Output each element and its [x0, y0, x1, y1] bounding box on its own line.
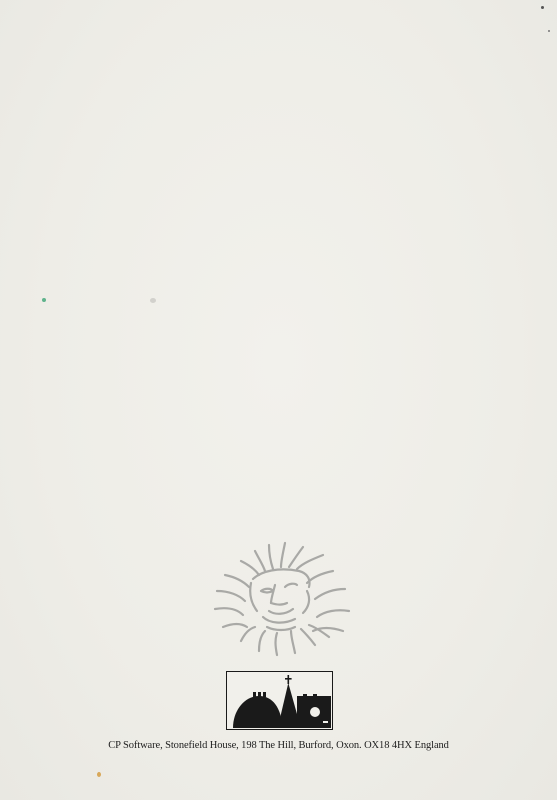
publisher-address: CP Software, Stonefield House, 198 The H… — [0, 740, 557, 751]
paper-speck — [97, 772, 101, 777]
paper-speck — [42, 298, 46, 302]
skyline-logo — [226, 671, 333, 730]
paper-speck — [548, 30, 550, 32]
city-skyline-icon — [227, 672, 331, 728]
back-cover-page: CP Software, Stonefield House, 198 The H… — [0, 0, 557, 800]
lion-head-sun-icon — [203, 533, 358, 658]
paper-speck — [541, 6, 544, 9]
lion-emblem — [203, 533, 358, 658]
paper-speck — [150, 298, 156, 303]
